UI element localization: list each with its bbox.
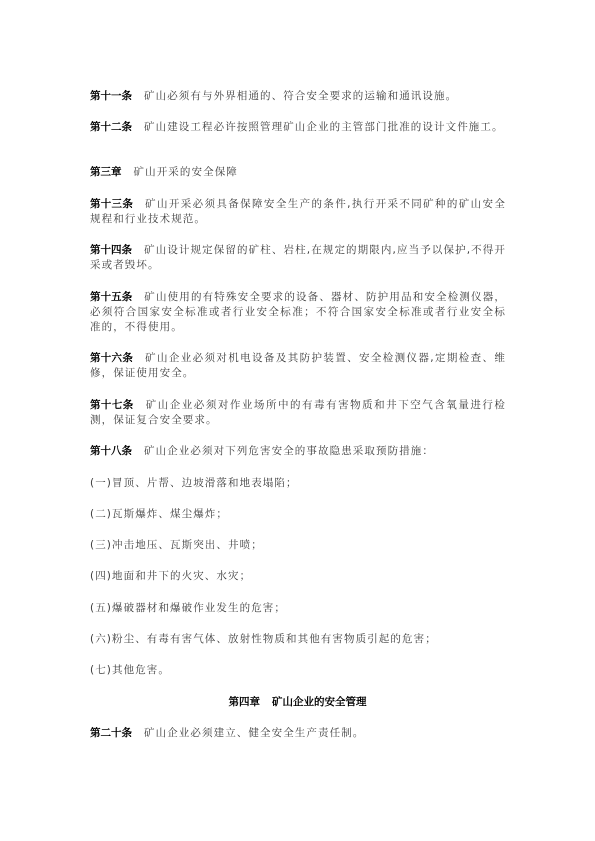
article-text: 矿山使用的有特殊安全要求的设备、器材、防护用品和安全检测仪器，必须符合国家安全标…: [90, 291, 506, 333]
article-label: 第十五条: [90, 291, 132, 303]
list-item: (五)爆破器材和爆破作业发生的危害；: [90, 601, 506, 616]
article-label: 第十六条: [90, 352, 133, 364]
list-item: (四)地面和井下的火灾、水灾；: [90, 569, 506, 584]
article-label: 第十八条: [90, 445, 132, 457]
list-item: (六)粉尘、有毒有害气体、放射性物质和其他有害物质引起的危害；: [90, 632, 506, 647]
article-15: 第十五条矿山使用的有特殊安全要求的设备、器材、防护用品和安全检测仪器，必须符合国…: [90, 290, 506, 335]
article-label: 第十四条: [90, 244, 132, 256]
article-text: 矿山企业必须建立、健全安全生产责任制。: [144, 727, 364, 739]
article-text: 矿山企业必须对机电设备及其防护装置、安全检测仪器,定期检查、维修，保证使用安全。: [90, 352, 506, 379]
chapter-title: 矿山企业的安全管理: [272, 696, 367, 708]
article-label: 第十七条: [90, 399, 134, 411]
list-item: (三)冲击地压、瓦斯突出、井喷；: [90, 538, 506, 553]
list-item: (七)其他危害。: [90, 663, 506, 678]
list-item: (二)瓦斯爆炸、煤尘爆炸；: [90, 507, 506, 522]
article-12: 第十二条矿山建设工程必许按照管理矿山企业的主管部门批准的设计文件施工。: [90, 120, 506, 135]
article-11: 第十一条矿山必须有与外界相通的、符合安全要求的运输和通讯设施。: [90, 89, 506, 104]
article-20: 第二十条矿山企业必须建立、健全安全生产责任制。: [90, 726, 506, 741]
chapter-label: 第四章: [229, 696, 261, 708]
chapter-4-heading: 第四章矿山企业的安全管理: [0, 695, 595, 710]
chapter-3-heading: 第三章矿山开采的安全保障: [90, 165, 506, 180]
article-text: 矿山企业必须对下列危害安全的事故隐患采取预防措施：: [144, 445, 434, 457]
article-label: 第十二条: [90, 121, 132, 133]
article-text: 矿山必须有与外界相通的、符合安全要求的运输和通讯设施。: [144, 90, 457, 102]
article-label: 第十三条: [90, 198, 133, 210]
list-item: (一)冒顶、片帮、边坡滑落和地表塌陷；: [90, 476, 506, 491]
article-text: 矿山建设工程必许按照管理矿山企业的主管部门批准的设计文件施工。: [144, 121, 504, 133]
chapter-label: 第三章: [90, 166, 122, 178]
chapter-title: 矿山开采的安全保障: [134, 166, 238, 178]
article-14: 第十四条矿山设计规定保留的矿柱、岩柱,在规定的期限内,应当予以保护,不得开采或者…: [90, 243, 506, 273]
article-label: 第十一条: [90, 90, 132, 102]
article-text: 矿山开采必须具备保障安全生产的条件,执行开采不同矿种的矿山安全规程和行业技术规范…: [90, 198, 506, 225]
article-text: 矿山设计规定保留的矿柱、岩柱,在规定的期限内,应当予以保护,不得开采或者毁坏。: [90, 244, 506, 271]
article-13: 第十三条矿山开采必须具备保障安全生产的条件,执行开采不同矿种的矿山安全规程和行业…: [90, 197, 506, 227]
article-18: 第十八条矿山企业必须对下列危害安全的事故隐患采取预防措施：: [90, 444, 506, 459]
article-16: 第十六条矿山企业必须对机电设备及其防护装置、安全检测仪器,定期检查、维修，保证使…: [90, 351, 506, 381]
article-17: 第十七条矿山企业必须对作业场所中的有毒有害物质和井下空气含氧量进行检测，保证复合…: [90, 398, 506, 428]
article-text: 矿山企业必须对作业场所中的有毒有害物质和井下空气含氧量进行检测，保证复合安全要求…: [90, 399, 506, 426]
article-label: 第二十条: [90, 727, 132, 739]
